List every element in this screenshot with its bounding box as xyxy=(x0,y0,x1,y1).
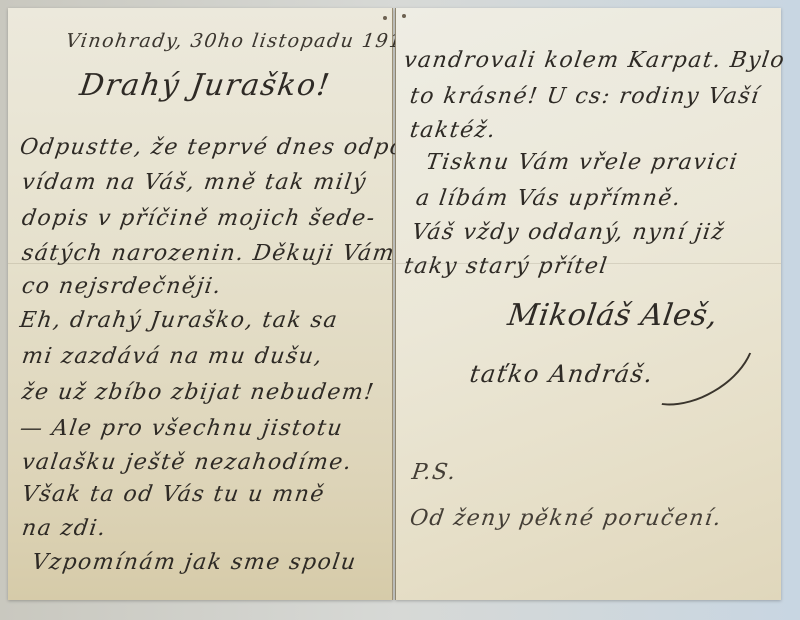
signature-alias: taťko Andráš. xyxy=(468,360,656,388)
letter-line: — Ale pro všechnu jistotu xyxy=(18,416,345,441)
letter-line: Váš vždy oddaný, nyní již xyxy=(410,220,726,245)
letter-line: to krásné! U cs: rodiny Vaší xyxy=(408,84,761,109)
letter-line: na zdi. xyxy=(20,516,108,541)
letter-line: vandrovali kolem Karpat. Bylo xyxy=(402,48,787,73)
letter-line: valašku ještě nezahodíme. xyxy=(20,450,354,475)
letter-line: Eh, drahý Juraško, tak sa xyxy=(18,308,340,333)
letter-line: Však ta od Vás tu u mně xyxy=(20,482,326,507)
letter-line: Vzpomínám jak sme spolu xyxy=(30,550,358,575)
letter-line: co nejsrdečněji. xyxy=(20,274,223,299)
letter-page-right: vandrovali kolem Karpat. Bylo to krásné!… xyxy=(395,8,781,600)
date-line: Vinohrady, 30ho listopadu 1912 xyxy=(64,30,417,52)
pin-hole xyxy=(383,16,387,20)
letter-line: Tisknu Vám vřele pravici xyxy=(424,150,740,175)
letter-page-left: Vinohrady, 30ho listopadu 1912 Drahý Jur… xyxy=(8,8,393,600)
letter-line: taktéž. xyxy=(408,118,498,143)
letter-line: mi zazdává na mu dušu, xyxy=(20,344,324,369)
salutation: Drahý Juraško! xyxy=(78,68,333,103)
pin-hole xyxy=(402,14,406,18)
letter-line: Odpustte, že teprvé dnes odpo- xyxy=(18,135,415,160)
postscript-text: Od ženy pěkné poručení. xyxy=(408,506,723,531)
postscript-label: P.S. xyxy=(410,460,458,485)
letter-line: a líbám Vás upřímně. xyxy=(414,186,683,211)
letter-line: dopis v příčině mojich šede- xyxy=(20,206,377,231)
letter-line: sátých narozenin. Děkuji Vám xyxy=(20,241,397,266)
letter-line: taky starý přítel xyxy=(402,254,609,279)
letter-line: že už zbíbo zbijat nebudem! xyxy=(20,380,376,405)
letter-line: vídam na Váš, mně tak milý xyxy=(20,170,368,195)
